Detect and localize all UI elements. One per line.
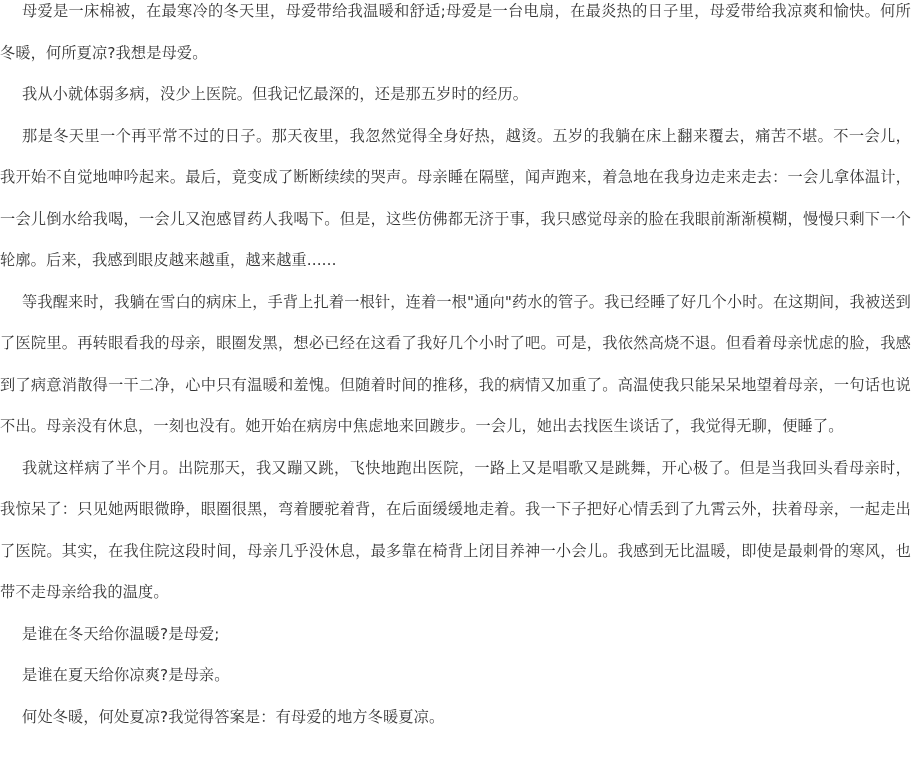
paragraph-question-summer: 是谁在夏天给你凉爽?是母亲。 xyxy=(0,655,911,697)
paragraph-conclusion: 何处冬暖，何处夏凉?我觉得答案是：有母爱的地方冬暖夏凉。 xyxy=(0,697,911,739)
paragraph-question-winter: 是谁在冬天给你温暖?是母爱; xyxy=(0,614,911,656)
paragraph-hospital: 等我醒来时，我躺在雪白的病床上，手背上扎着一根针，连着一根"通向"药水的管子。我… xyxy=(0,282,911,448)
paragraph-winter-night: 那是冬天里一个再平常不过的日子。那天夜里，我忽然觉得全身好热，越烫。五岁的我躺在… xyxy=(0,116,911,282)
article-body: 母爱是一床棉被，在最寒冷的冬天里，母爱带给我温暖和舒适;母爱是一台电扇，在最炎热… xyxy=(0,0,911,738)
paragraph-discharge: 我就这样病了半个月。出院那天，我又蹦又跳，飞快地跑出医院，一路上又是唱歌又是跳舞… xyxy=(0,448,911,614)
paragraph-childhood: 我从小就体弱多病，没少上医院。但我记忆最深的，还是那五岁时的经历。 xyxy=(0,74,911,116)
paragraph-intro: 母爱是一床棉被，在最寒冷的冬天里，母爱带给我温暖和舒适;母爱是一台电扇，在最炎热… xyxy=(0,0,911,74)
